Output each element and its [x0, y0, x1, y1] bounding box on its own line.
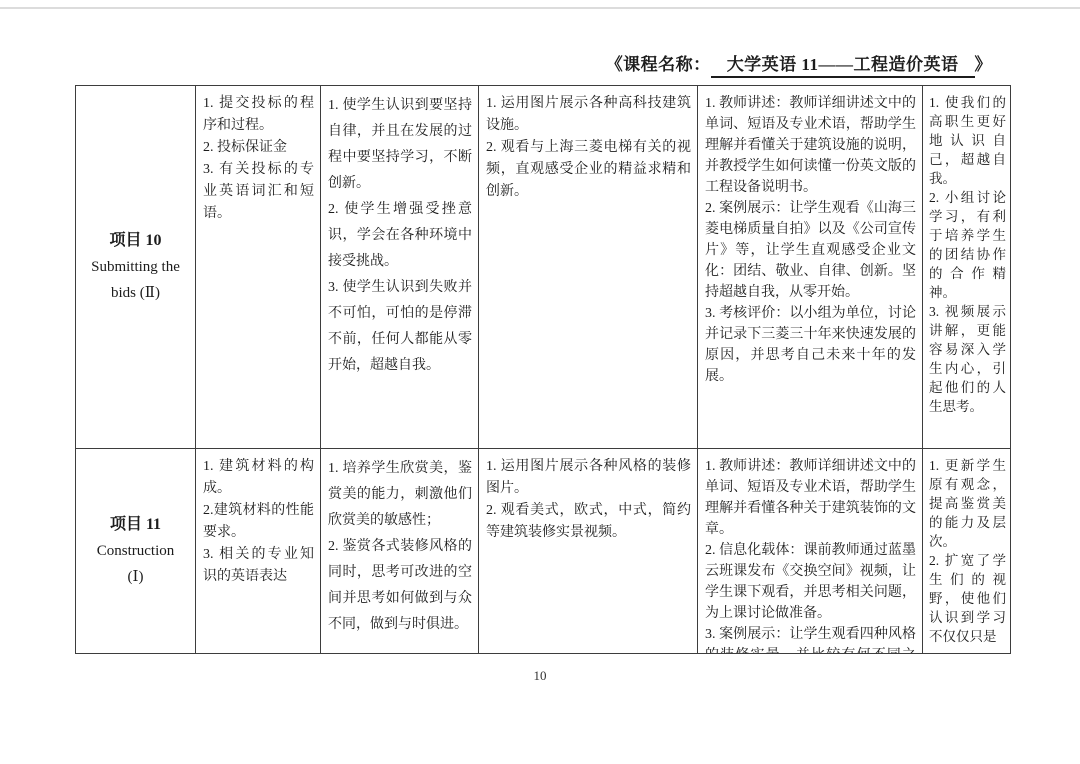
cell-teaching-process: 1. 教师讲述：教师详细讲述文中的单词、短语及专业术语，帮助学生理解并看懂各种关… — [698, 449, 923, 654]
list-item: 2. 观看与上海三菱电梯有关的视频，直观感受企业的精益求精和创新。 — [486, 137, 691, 203]
list-item: 3. 使学生认识到失败并不可怕，可怕的是停滞不前，任何人都能从零开始，超越自我。 — [328, 275, 472, 379]
list-item: 3. 相关的专业知识的英语表达 — [203, 544, 314, 588]
cell-project-10: 项目 10 Submitting the bids (Ⅱ) — [76, 86, 196, 449]
list-item: 1. 教师讲述：教师详细讲述文中的单词、短语及专业术语，帮助学生理解并看懂各种关… — [705, 456, 916, 540]
cell-knowledge-points: 1. 提交投标的程序和过程。 2. 投标保证金 3. 有关投标的专业英语词汇和短… — [196, 86, 321, 449]
list-item: 2. 案例展示：让学生观看《山海三菱电梯质量自拍》以及《公司宣传片》等，让学生直… — [705, 198, 916, 303]
project-name-en: Submitting the — [91, 254, 180, 280]
cell-media-display: 1. 运用图片展示各种高科技建筑设施。 2. 观看与上海三菱电梯有关的视频，直观… — [479, 86, 698, 449]
project-name-en: (Ⅰ) — [128, 564, 144, 590]
list-item: 1. 使学生认识到要坚持自律，并且在发展的过程中要坚持学习，不断创新。 — [328, 93, 472, 197]
list-item: 3. 视频展示讲解，更能容易深入学生内心，引起他们的人生思考。 — [929, 302, 1006, 416]
list-item: 3. 有关投标的专业英语词汇和短语。 — [203, 159, 314, 225]
cell-project-11: 项目 11 Construction (Ⅰ) — [76, 449, 196, 654]
list-item: 3. 考核评价：以小组为单位，讨论并记录下三菱三十年来快速发展的原因，并思考自己… — [705, 303, 916, 387]
course-name: 大学英语 11——工程造价英语 — [711, 50, 975, 78]
course-title-header: 《课程名称：大学英语 11——工程造价英语》 — [606, 50, 992, 78]
list-item: 1. 提交投标的程序和过程。 — [203, 93, 314, 137]
page-number: 10 — [0, 668, 1080, 684]
list-item: 2. 投标保证金 — [203, 137, 314, 159]
list-item: 1. 教师讲述：教师详细讲述文中的单词、短语及专业术语，帮助学生理解并看懂关于建… — [705, 93, 916, 198]
list-item: 2. 扩宽了学生们的视野，使他们认识到学习不仅仅只是 — [929, 551, 1006, 646]
cell-teaching-process: 1. 教师讲述：教师详细讲述文中的单词、短语及专业术语，帮助学生理解并看懂关于建… — [698, 86, 923, 449]
list-item: 1. 运用图片展示各种高科技建筑设施。 — [486, 93, 691, 137]
document-page: 《课程名称：大学英语 11——工程造价英语》 项目 10 Submitting … — [0, 0, 1080, 764]
course-label-suffix: 》 — [975, 55, 993, 74]
list-item: 2. 观看美式，欧式，中式，简约等建筑装修实景视频。 — [486, 500, 691, 544]
cell-education-goals: 1. 使学生认识到要坚持自律，并且在发展的过程中要坚持学习，不断创新。 2. 使… — [321, 86, 479, 449]
cell-media-display: 1. 运用图片展示各种风格的装修图片。 2. 观看美式，欧式，中式，简约等建筑装… — [479, 449, 698, 654]
project-name-en: Construction — [97, 538, 175, 564]
cell-teaching-effect: 1. 使我们的高职生更好地认识自己，超越自我。 2. 小组讨论学习，有利于培养学… — [923, 86, 1011, 449]
list-item: 1. 培养学生欣赏美，鉴赏美的能力，刺激他们欣赏美的敏感性； — [328, 456, 472, 534]
list-item: 3. 案例展示：让学生观看四种风格的装修实景，并比较有何不同之处， — [705, 624, 916, 654]
project-code: 项目 11 — [110, 512, 161, 538]
cell-knowledge-points: 1. 建筑材料的构成。 2.建筑材料的性能要求。 3. 相关的专业知识的英语表达 — [196, 449, 321, 654]
course-schedule-table: 项目 10 Submitting the bids (Ⅱ) 1. 提交投标的程序… — [75, 85, 1011, 654]
list-item: 1. 使我们的高职生更好地认识自己，超越自我。 — [929, 93, 1006, 188]
list-item: 2. 鉴赏各式装修风格的同时，思考可改进的空间并思考如何做到与众不同，做到与时俱… — [328, 534, 472, 638]
course-label-prefix: 《课程名称： — [606, 55, 711, 74]
cell-teaching-effect: 1. 更新学生原有观念，提高鉴赏美的能力及层次。 2. 扩宽了学生们的视野，使他… — [923, 449, 1011, 654]
project-code: 项目 10 — [109, 228, 161, 254]
page-edge-line — [0, 7, 1080, 9]
list-item: 2. 信息化载体：课前教师通过蓝墨云班课发布《交换空间》视频，让学生课下观看，并… — [705, 540, 916, 624]
list-item: 1. 建筑材料的构成。 — [203, 456, 314, 500]
list-item: 1. 运用图片展示各种风格的装修图片。 — [486, 456, 691, 500]
list-item: 2.建筑材料的性能要求。 — [203, 500, 314, 544]
project-name-en: bids (Ⅱ) — [111, 280, 160, 306]
list-item: 1. 更新学生原有观念，提高鉴赏美的能力及层次。 — [929, 456, 1006, 551]
cell-education-goals: 1. 培养学生欣赏美，鉴赏美的能力，刺激他们欣赏美的敏感性； 2. 鉴赏各式装修… — [321, 449, 479, 654]
list-item: 2. 使学生增强受挫意识，学会在各种环境中接受挑战。 — [328, 197, 472, 275]
list-item: 2. 小组讨论学习，有利于培养学生的团结协作的合作精神。 — [929, 188, 1006, 302]
